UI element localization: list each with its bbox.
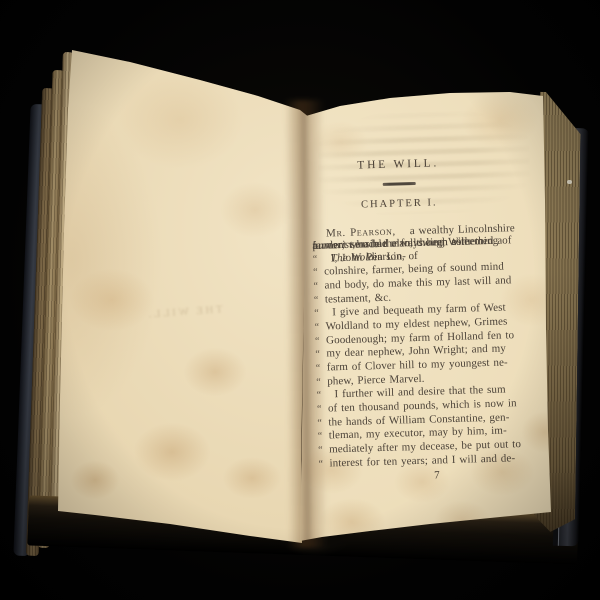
quote-mark: “ [317,404,328,417]
quote-mark: “ [313,267,324,280]
page-header: THE WILL. [281,115,514,173]
quote-mark: “ [318,458,329,471]
quote-mark: “ [315,322,326,335]
quote-mark: “ [318,431,329,444]
body-text: Mr. Pearson, a wealthy Lincolnshirefarme… [298,221,537,471]
text-segment: Mr. Pearson, [326,225,396,239]
text-segment: testament, &c. [325,291,392,306]
text-segment: The Wold [331,251,375,264]
text-segment: humorist, [312,239,355,252]
book-photo: THE WILL. THE WILL. CHAPTER I. Mr. Pears… [0,0,600,600]
text-segment: in Lin- [374,250,406,264]
quote-mark: “ [316,363,327,376]
quote-mark: “ [316,376,327,389]
printed-page-text: THE WILL. CHAPTER I. Mr. Pearson, a weal… [295,115,537,486]
quote-mark: “ [314,294,325,307]
quote-mark: “ [318,444,329,457]
quote-mark: “ [313,253,331,266]
quote-mark: “ [313,281,324,294]
section-rule [382,182,415,185]
quote-mark: “ [316,390,334,403]
quote-mark: “ [315,349,326,362]
quote-mark: “ [314,308,332,321]
quote-mark: “ [317,417,328,430]
paper-fleck [567,180,572,184]
heading-group: THE WILL. CHAPTER I. [281,115,515,212]
quote-mark: “ [315,335,326,348]
chapter-heading: CHAPTER I. [283,195,515,212]
